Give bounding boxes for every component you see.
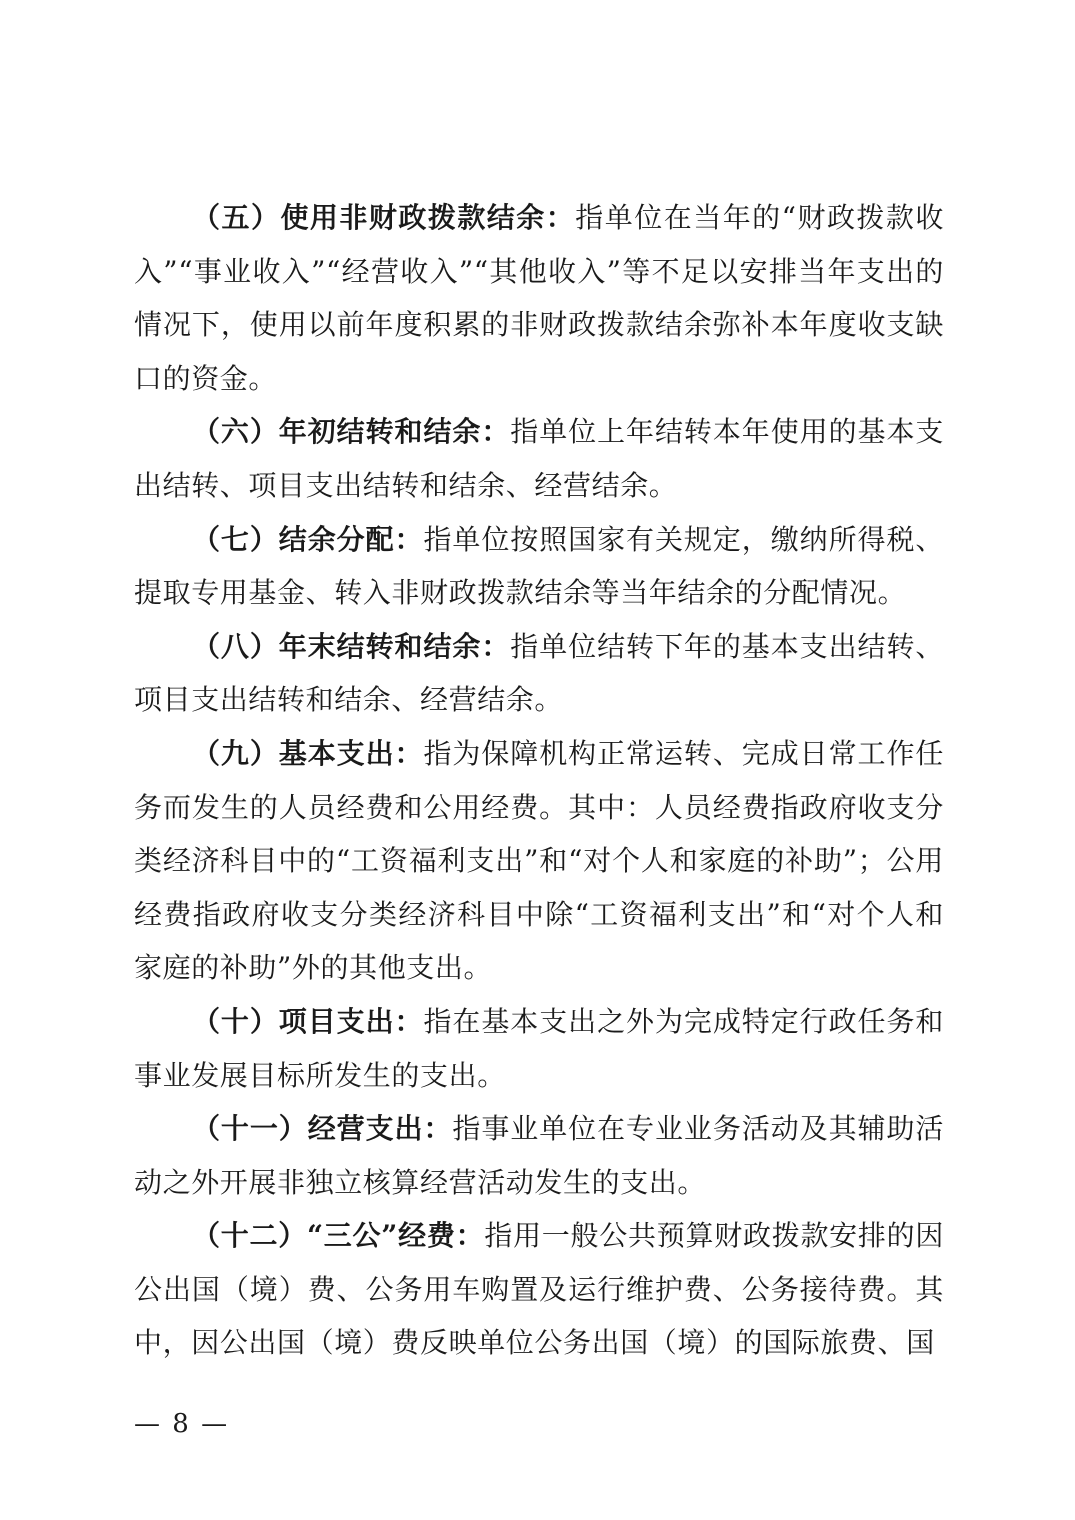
paragraph-item-9: （九）基本支出：指为保障机构正常运转、完成日常工作任务而发生的人员经费和公用经费… <box>134 727 944 995</box>
term-definition: 指为保障机构正常运转、完成日常工作任务而发生的人员经费和公用经费。其中：人员经费… <box>134 737 944 984</box>
page-number: — 8 — <box>134 1406 229 1442</box>
paragraph-item-12: （十二）“三公”经费：指用一般公共预算财政拨款安排的因公出国（境）费、公务用车购… <box>134 1209 944 1370</box>
term-heading: （八）年末结转和结余： <box>192 630 510 663</box>
term-heading: （十二）“三公”经费： <box>192 1219 484 1252</box>
paragraph-item-6: （六）年初结转和结余：指单位上年结转本年使用的基本支出结转、项目支出结转和结余、… <box>134 405 944 512</box>
paragraph-item-8: （八）年末结转和结余：指单位结转下年的基本支出结转、项目支出结转和结余、经营结余… <box>134 620 944 727</box>
paragraph-item-7: （七）结余分配：指单位按照国家有关规定，缴纳所得税、提取专用基金、转入非财政拨款… <box>134 513 944 620</box>
document-page: （五）使用非财政拨款结余：指单位在当年的“财政拨款收入”“事业收入”“经营收入”… <box>134 191 944 1370</box>
paragraph-item-10: （十）项目支出：指在基本支出之外为完成特定行政任务和事业发展目标所发生的支出。 <box>134 995 944 1102</box>
paragraph-item-11: （十一）经营支出：指事业单位在专业业务活动及其辅助活动之外开展非独立核算经营活动… <box>134 1102 944 1209</box>
term-heading: （六）年初结转和结余： <box>192 415 510 448</box>
term-heading: （五）使用非财政拨款结余： <box>192 201 575 234</box>
term-heading: （十）项目支出： <box>192 1005 423 1038</box>
term-heading: （九）基本支出： <box>192 737 423 770</box>
term-heading: （十一）经营支出： <box>192 1112 452 1145</box>
paragraph-item-5: （五）使用非财政拨款结余：指单位在当年的“财政拨款收入”“事业收入”“经营收入”… <box>134 191 944 405</box>
term-heading: （七）结余分配： <box>192 523 423 556</box>
